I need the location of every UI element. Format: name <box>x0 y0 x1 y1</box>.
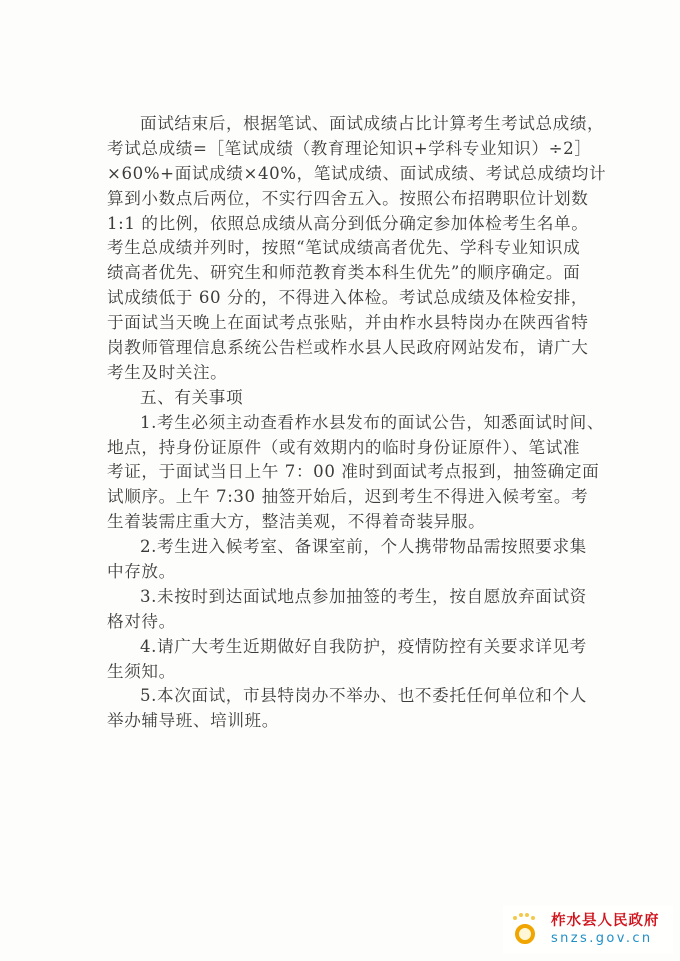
item-1: 1.考生必须主动查看柞水县发布的面试公告，知悉面试时间、 地点，持身份证原件（或… <box>107 411 575 535</box>
text-line: 考生总成绩并列时，按照“笔试成绩高者优先、学科专业知识成 <box>107 236 575 261</box>
text-line: 2.考生进入候考室、备课室前，个人携带物品需按照要求集 <box>107 535 575 560</box>
item-4: 4.请广大考生近期做好自我防护，疫情防控有关要求详见考 生须知。 <box>107 635 575 685</box>
text-line: 举办辅导班、培训班。 <box>107 709 575 734</box>
paw-dot <box>525 913 529 917</box>
text-line: 生须知。 <box>107 660 575 685</box>
paw-ring <box>515 924 535 944</box>
text-line: 考证，于面试当日上午 7：00 准时到面试考点报到，抽签确定面 <box>107 460 575 485</box>
text-line: 中存放。 <box>107 560 575 585</box>
paragraph-score-calculation: 面试结束后，根据笔试、面试成绩占比计算考生考试总成绩， 考试总成绩=［笔试成绩（… <box>107 112 575 386</box>
paw-dot <box>531 916 535 920</box>
paw-logo-icon <box>509 912 539 948</box>
text-line: 面试结束后，根据笔试、面试成绩占比计算考生考试总成绩， <box>107 112 575 137</box>
text-line: 4.请广大考生近期做好自我防护，疫情防控有关要求详见考 <box>107 635 575 660</box>
text-line: 5.本次面试，市县特岗办不举办、也不委托任何单位和个人 <box>107 684 575 709</box>
text-line: 绩高者优先、研究生和师范教育类本科生优先”的顺序确定。面 <box>107 261 575 286</box>
text-line: 1.考生必须主动查看柞水县发布的面试公告，知悉面试时间、 <box>107 411 575 436</box>
item-2: 2.考生进入候考室、备课室前，个人携带物品需按照要求集 中存放。 <box>107 535 575 585</box>
text-line: 地点，持身份证原件（或有效期内的临时身份证原件）、笔试准 <box>107 436 575 461</box>
text-line: 生着装需庄重大方，整洁美观，不得着奇装异服。 <box>107 510 575 535</box>
text-line: 考试总成绩=［笔试成绩（教育理论知识+学科专业知识）÷2］ <box>107 137 575 162</box>
text-line: 岗教师管理信息系统公告栏或柞水县人民政府网站发布，请广大 <box>107 336 575 361</box>
watermark-url: snzs.gov.cn <box>551 930 660 948</box>
text-line: 考生及时关注。 <box>107 361 575 386</box>
document-body: 面试结束后，根据笔试、面试成绩占比计算考生考试总成绩， 考试总成绩=［笔试成绩（… <box>107 112 575 734</box>
section-heading: 五、有关事项 <box>107 386 575 411</box>
watermark-text: 柞水县人民政府 snzs.gov.cn <box>551 912 660 948</box>
text-line: 3.未按时到达面试地点参加抽签的考生，按自愿放弃面试资 <box>107 585 575 610</box>
text-line: 算到小数点后两位，不实行四舍五入。按照公布招聘职位计划数 <box>107 187 575 212</box>
paw-dot <box>519 913 523 917</box>
watermark-title: 柞水县人民政府 <box>551 912 660 930</box>
item-5: 5.本次面试，市县特岗办不举办、也不委托任何单位和个人 举办辅导班、培训班。 <box>107 684 575 734</box>
text-line: 试顺序。上午 7:30 抽签开始后，迟到考生不得进入候考室。考 <box>107 485 575 510</box>
watermark-logo: 柞水县人民政府 snzs.gov.cn <box>503 906 673 954</box>
paw-dot <box>513 916 517 920</box>
text-line: 1:1 的比例，依照总成绩从高分到低分确定参加体检考生名单。 <box>107 212 575 237</box>
text-line: 格对待。 <box>107 610 575 635</box>
text-line: ×60%+面试成绩×40%，笔试成绩、面试成绩、考试总成绩均计 <box>107 162 575 187</box>
document-page: 面试结束后，根据笔试、面试成绩占比计算考生考试总成绩， 考试总成绩=［笔试成绩（… <box>0 0 680 961</box>
text-line: 试成绩低于 60 分的，不得进入体检。考试总成绩及体检安排， <box>107 286 575 311</box>
text-line: 于面试当天晚上在面试考点张贴，并由柞水县特岗办在陕西省特 <box>107 311 575 336</box>
item-3: 3.未按时到达面试地点参加抽签的考生，按自愿放弃面试资 格对待。 <box>107 585 575 635</box>
